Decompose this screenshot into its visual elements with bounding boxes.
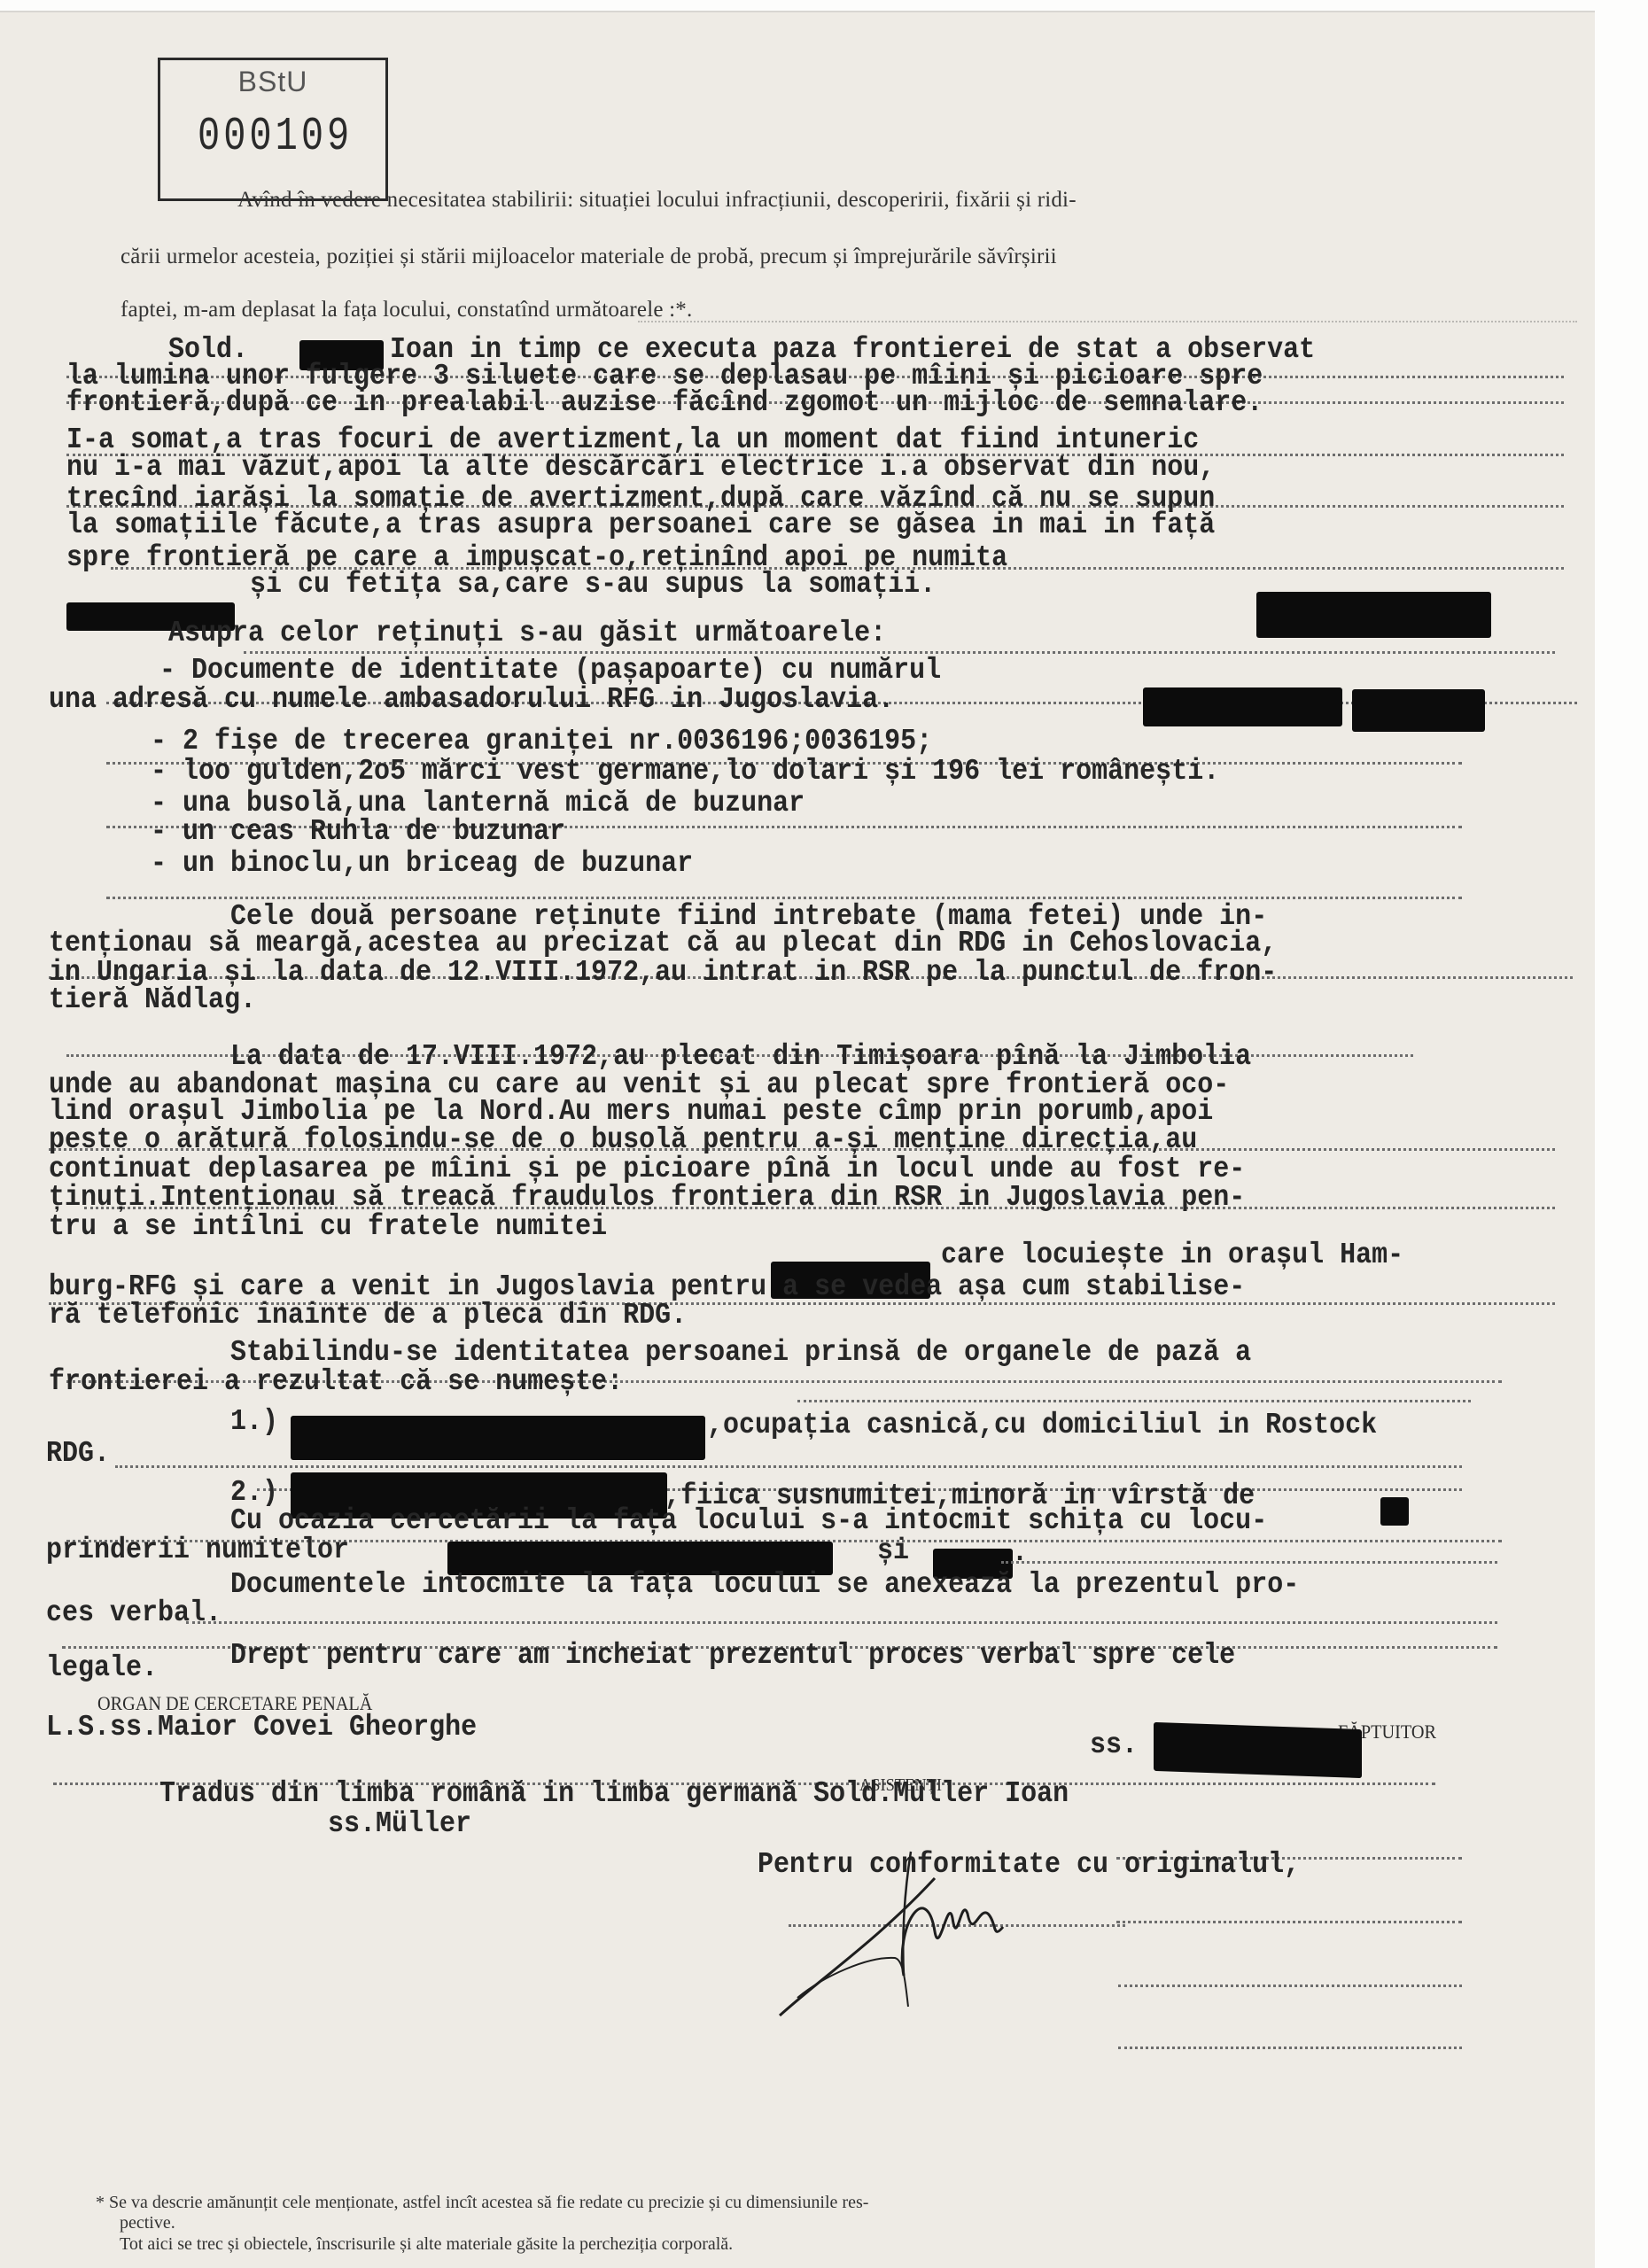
redaction (1154, 1722, 1362, 1778)
redaction (1352, 689, 1485, 732)
found-intro: Asupra celor reținuți s-au găsit următoa… (168, 617, 886, 650)
body-line: la somațiile făcute,a tras asupra persoa… (66, 509, 1215, 542)
translated-line: Tradus din limba română in limba germană… (159, 1777, 1069, 1811)
organ-name: L.S.ss.Maior Covei Gheorghe (46, 1711, 477, 1744)
form-header-line-3: faptei, m-am deplasat la fața locului, c… (120, 298, 692, 322)
form-header-line-2: cării urmelor acesteia, poziției și stăr… (120, 245, 1057, 269)
footnote-line-3: Tot aici se trec și obiectele, înscrisur… (120, 2234, 733, 2255)
dotted-rule (797, 1400, 1471, 1402)
translator-signature: ss.Müller (328, 1807, 471, 1841)
body-line: prinderii numitelor (46, 1534, 349, 1567)
body-line: nu i-a mai văzut,apoi la alte descărcări… (66, 451, 1215, 485)
found-item: - un ceas Ruhla de buzunar (151, 815, 565, 849)
body-line: și (877, 1534, 909, 1568)
perpetrator-prefix: ss. (1090, 1728, 1138, 1762)
form-header-line-1: Avînd în vedere necesitatea stabilirii: … (237, 188, 1077, 213)
body-line: tieră Nădlag. (49, 983, 256, 1017)
dotted-rule (1001, 1561, 1497, 1564)
body-line: Cu ocazia cercetării la fața locului s-a… (230, 1504, 1267, 1538)
stamp-number: 000109 (198, 110, 353, 163)
redaction (1380, 1497, 1409, 1526)
found-item: una adresă cu numele ambasadorului RFG i… (49, 683, 894, 717)
body-line: Drept pentru care am incheiat prezentul … (230, 1639, 1235, 1673)
stamp-label: BStU (160, 66, 385, 98)
found-item: - loo gulden,2o5 mărci vest germane,lo d… (151, 755, 1219, 788)
found-item: - un binoclu,un briceag de buzunar (151, 847, 693, 881)
body-line: . (1012, 1536, 1028, 1570)
handwritten-signature (771, 1843, 1143, 2020)
found-item: - 2 fișe de trecerea graniței nr.0036196… (151, 725, 932, 758)
body-line: 1.) (230, 1405, 278, 1439)
footnote-line-1: * Se va descrie amănunțit cele menționat… (96, 2193, 868, 2213)
body-line: ră telefonic inainte de a pleca din RDG. (49, 1299, 687, 1332)
dotted-rule (1118, 2047, 1462, 2049)
body-line: care locuiește in orașul Ham- (941, 1239, 1403, 1272)
redaction (1256, 592, 1491, 638)
body-line: frontieră,după ce in prealabil auzise fă… (66, 386, 1263, 420)
dotted-rule (186, 1621, 1497, 1624)
redaction (291, 1416, 705, 1460)
archive-stamp: BStU 000109 (158, 58, 388, 201)
dotted-rule (1116, 1921, 1462, 1923)
body-line: legale. (46, 1651, 158, 1685)
footnote-line-2: pective. (120, 2213, 175, 2233)
dotted-rule (115, 1465, 1462, 1468)
body-line: RDG. (46, 1437, 110, 1471)
body-line: tru a se intîlni cu fratele numitei (49, 1210, 607, 1244)
body-line: frontierei a rezultat că se numește: (49, 1365, 623, 1399)
body-line: și cu fetița sa,care s-au supus la somaț… (250, 568, 936, 602)
dotted-rule (1118, 1984, 1462, 1987)
dotted-rule (106, 897, 1462, 899)
body-line: ces verbal. (46, 1596, 222, 1630)
redaction (1143, 687, 1342, 726)
body-line: Documentele intocmite la fața locului se… (230, 1568, 1299, 1602)
dotted-rule (638, 321, 1577, 322)
body-line: ,ocupația casnică,cu domiciliul in Rosto… (707, 1409, 1377, 1442)
